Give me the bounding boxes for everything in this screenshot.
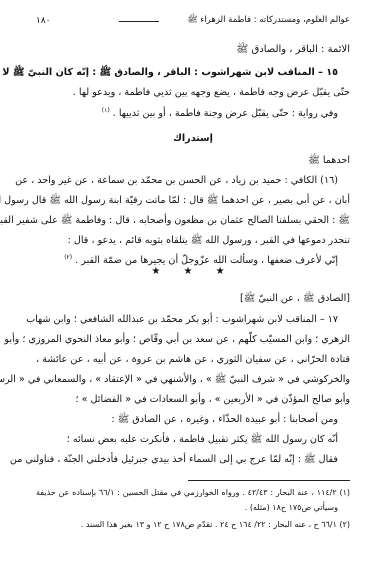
running-title: عوالم العلوم، ومستدركاته : فاطمة الزهراء… [187,15,350,27]
footnote-ref-1[interactable]: (١) [102,107,110,114]
entry-16-line-4: تنحدر دموعها في القبر ، ورسول الله ﷺ يتل… [36,234,350,248]
header-rule [119,21,159,22]
ahaduhuma-heading: احدهما ﷺ [36,154,350,168]
running-header: عوالم العلوم، ومستدركاته : فاطمة الزهراء… [36,14,350,28]
book-page: عوالم العلوم، ومستدركاته : فاطمة الزهراء… [0,0,386,572]
entry-17-line-6: ومن أصحابنا : أبو عبيدة الحذّاء ، وغيره … [36,413,338,427]
star-separator: ★ ★ ★ [0,266,386,277]
entry-15-line-2: حتّى يقبّل عرض وجه فاطمة ، يضع وجهه بين … [36,86,350,100]
page-number: ١٨٠ [36,16,51,26]
entry-15-line-1: ١٥ – المناقب لابن شهراشوب : الباقر ، وال… [36,66,338,80]
istidrak-heading: إستدراك [36,132,350,146]
entry-15-text: ١٥ – المناقب لابن شهراشوب : الباقر ، وال… [0,67,338,78]
entry-16-line-3: ﷺ : الحقي بسلفنا الصالح عثمان بن مظعون و… [36,214,350,228]
footnote-1-line-1: (١) ١١٤/٢ ، عنه البحار : ٤٢/٤٣ . ورواه ا… [36,487,350,499]
entry-17-line-7: أنّه كان رسول الله ﷺ يكثر تقبيل فاطمة ، … [36,433,338,447]
entry-16-line-1: (١٦) الكافي : حميد بن زياد ، عن الحسن بن… [36,174,338,188]
entry-17-line-2: الزهري ؛ وابن المسيّب كلّهم ، عن سعد بن … [36,333,350,347]
section-heading: الائمة : الباقر ، والصادق ﷺ [36,43,350,57]
entry-15-variant: وفي رواية : حتّى يقبّل عرض وجنة فاطمة ، … [113,108,338,119]
entry-17-line-4: والخركوشي في « شرف النبيّ ﷺ » ، والأشنهي… [36,373,350,387]
entry-15-line-3: وفي رواية : حتّى يقبّل عرض وجنة فاطمة ، … [36,104,338,121]
entry-16-quote: إنّي لأعرف ضعفها ، وسألت الله عزّوجلّ أن… [75,255,338,266]
entry-17-line-8: فقال ﷺ : إنّه لمّا عرج بي إلى السماء أخذ… [36,453,338,467]
entry-17-line-3: قتادة الحرّاني ، عن سفيان الثوري ، عن ها… [36,353,350,367]
sadiq-heading: [الصادق ﷺ ، عن النبيّ ﷺ] [36,292,350,306]
footnote-separator [188,480,350,481]
entry-17-line-1: ١٧ – المناقب لابن شهراشوب : أبو بكر محمّ… [36,313,338,327]
footnote-1-line-2: وسيأتي ص١٧٥ ح١٨ (مثله) . [36,502,338,514]
footnote-ref-2[interactable]: (٢) [64,254,72,261]
entry-16-line-2: أبان ، عن أبي بصير ، عن احدهما ﷺ قال : ل… [36,194,350,208]
entry-17-line-5: وأبو صالح المؤذّن في « الأربعين » ، وأبو… [36,393,350,407]
footnote-2-line-1: (٢) ٦٦/١ ح ، عنه البحار : ٢٢/ ١٦٤ ح ٢٤ .… [36,519,350,531]
